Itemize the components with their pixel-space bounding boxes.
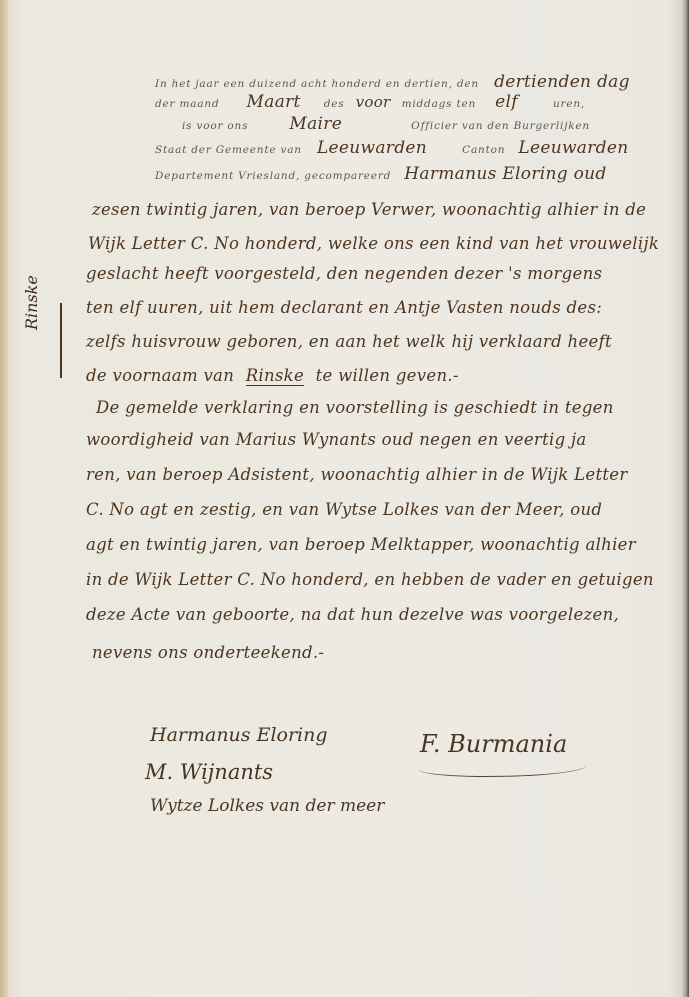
handwritten-month: Maart (247, 92, 301, 112)
body-line-3: geslacht heeft voorgesteld, den negenden… (86, 266, 602, 283)
document-page: Rinske In het jaar een duizend acht hond… (0, 0, 689, 997)
handwritten-time-of-day: voor (356, 93, 391, 111)
body-line-13: deze Acte van geboorte, na dat hun dezel… (86, 607, 619, 624)
margin-note-child-name: Rinske (22, 275, 41, 330)
printed-text: Departement Vriesland, gecompareerd (155, 170, 391, 182)
printed-text: Officier van den Burgerlijken (411, 120, 590, 132)
body-line-11: agt en twintig jaren, van beroep Melktap… (86, 537, 636, 554)
given-name-value: Rinske (246, 366, 304, 386)
printed-text: Canton (462, 144, 505, 156)
printed-text: middags ten (402, 98, 476, 110)
signature-flourish (418, 758, 586, 777)
body-line-9: ren, van beroep Adsistent, woonachtig al… (86, 467, 628, 484)
given-name-suffix: te willen geven.- (316, 366, 459, 385)
form-line-2: der maand Maart des voor middags ten elf… (155, 94, 585, 111)
body-line-4: ten elf uuren, uit hem declarant en Antj… (86, 300, 602, 317)
body-line-12: in de Wijk Letter C. No honderd, en hebb… (86, 572, 654, 589)
body-line-6: de voornaam van Rinske te willen geven.- (86, 368, 459, 385)
body-line-7: De gemelde verklaring en voorstelling is… (96, 400, 614, 417)
handwritten-hour: elf (495, 92, 518, 112)
body-line-2: Wijk Letter C. No honderd, welke ons een… (88, 236, 659, 253)
printed-text: uren, (553, 98, 585, 110)
body-line-5: zelfs huisvrouw geboren, en aan het welk… (86, 334, 612, 351)
body-line-10: C. No agt en zestig, en van Wytse Lolkes… (86, 502, 602, 519)
handwritten-municipality: Leeuwarden (317, 138, 427, 158)
printed-text: des (324, 98, 345, 110)
printed-text: is voor ons (182, 120, 248, 132)
given-name-label: de voornaam van (86, 366, 234, 385)
handwritten-official-title: Maire (289, 114, 342, 134)
form-line-3: is voor ons Maire Officier van den Burge… (182, 116, 590, 133)
printed-text: Staat der Gemeente van (155, 144, 302, 156)
body-line-1: zesen twintig jaren, van beroep Verwer, … (92, 202, 646, 219)
handwritten-date: dertienden dag (494, 72, 630, 92)
form-line-1: In het jaar een duizend acht honderd en … (155, 74, 630, 91)
body-line-14: nevens ons onderteekend.- (92, 645, 324, 662)
form-line-5: Departement Vriesland, gecompareerd Harm… (155, 166, 607, 183)
handwritten-declarant: Harmanus Eloring oud (404, 164, 606, 184)
printed-text: In het jaar een duizend acht honderd en … (155, 78, 479, 90)
body-line-8: woordigheid van Marius Wynants oud negen… (86, 432, 587, 449)
signature-witness-2: Wytze Lolkes van der meer (150, 796, 384, 816)
handwritten-canton: Leeuwarden (518, 138, 628, 158)
signature-witness-1: M. Wijnants (145, 760, 273, 784)
signature-official: F. Burmania (420, 730, 567, 758)
margin-rule (60, 303, 62, 378)
form-line-4: Staat der Gemeente van Leeuwarden Canton… (155, 140, 628, 157)
signature-father: Harmanus Eloring (150, 724, 328, 746)
printed-text: der maand (155, 98, 219, 110)
